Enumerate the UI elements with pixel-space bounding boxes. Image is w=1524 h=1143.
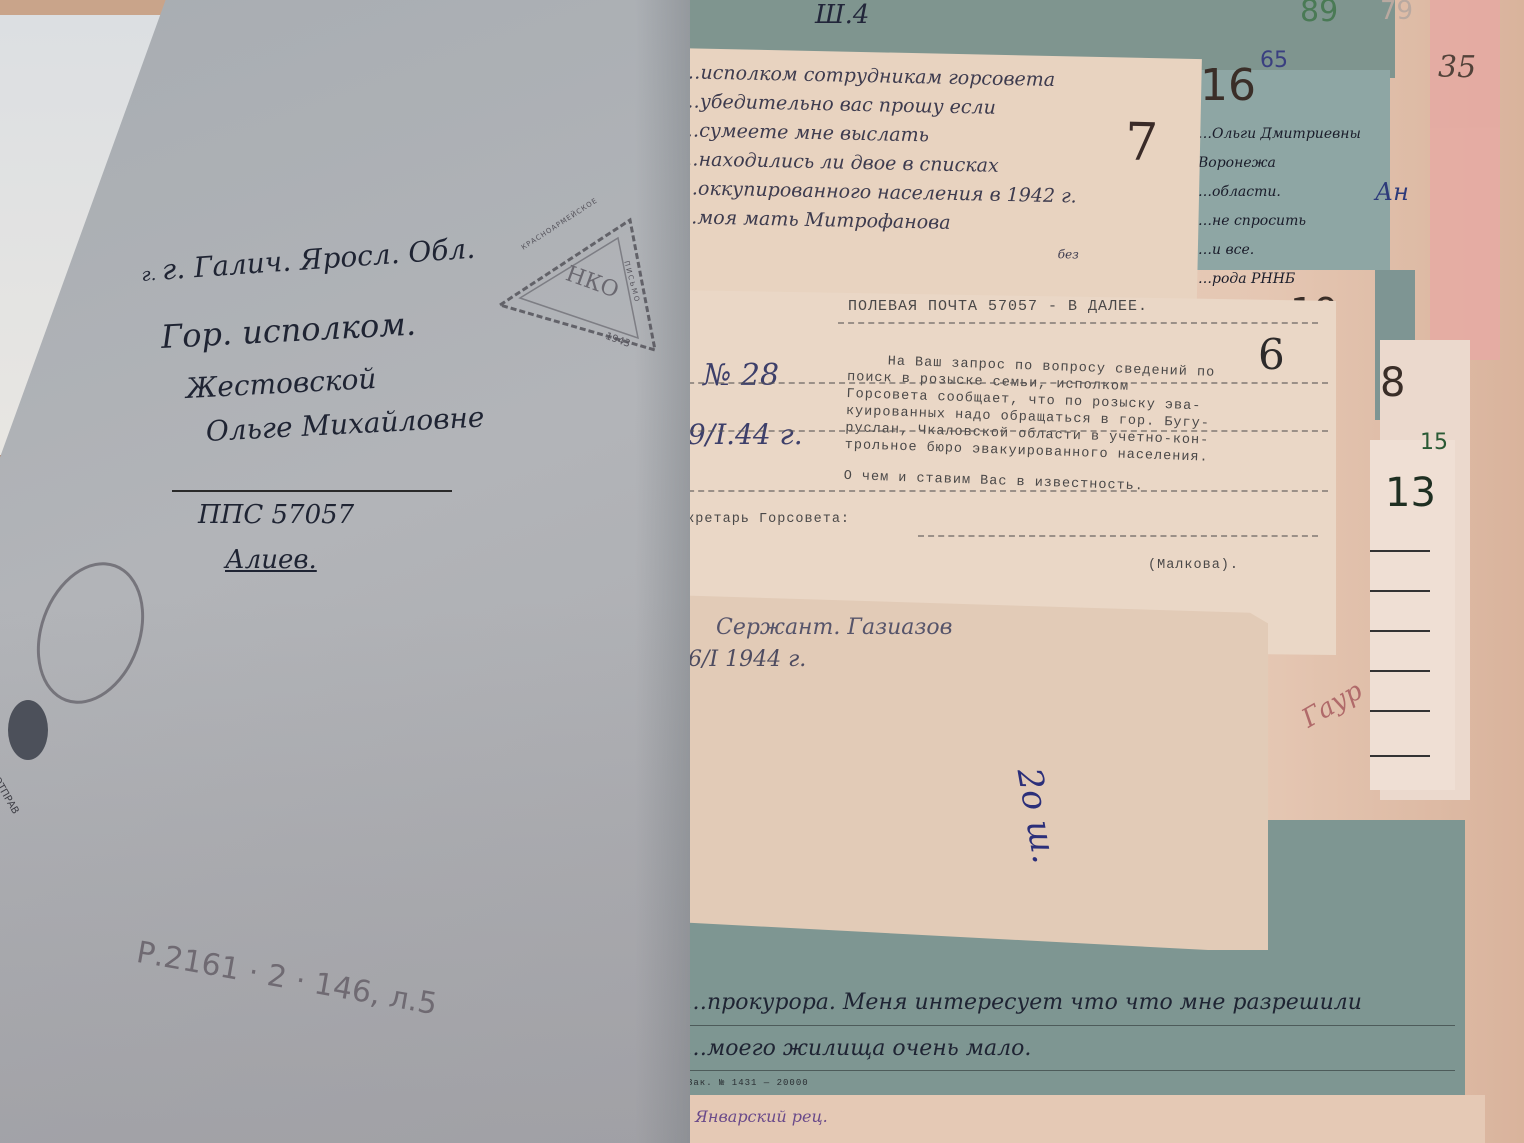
page-number-89: 89 <box>1300 0 1338 29</box>
handwritten-note-card: Сержант. Газиазов 6/I 1944 г. 2о ш. <box>668 595 1268 950</box>
page-number-13: 13 <box>1385 470 1436 516</box>
bottom-form-strip: Январский рец. <box>685 1095 1485 1143</box>
sender-rank-name: Сержант. Газиазов <box>716 615 952 640</box>
certificate-header: ПОЛЕВАЯ ПОЧТА 57057 - В ДАЛЕЕ. <box>848 298 1148 315</box>
address-block: г.г. Галич. Яросл. Обл. <box>140 232 476 288</box>
letter-text: …исполком сотрудникам горсовета …убедите… <box>678 58 1083 269</box>
signature-label: Секретарь Горсовета: <box>668 512 850 527</box>
blue-letter-bottom-text: …прокурора. Меня интересует что что мне … <box>685 980 1362 1072</box>
sender-name: Алиев. <box>225 545 317 575</box>
page-number-35: 35 <box>1438 50 1476 85</box>
handwritten-letter-card: 7 …исполком сотрудникам горсовета …убеди… <box>667 48 1202 309</box>
page-number-6: 6 <box>1258 330 1285 379</box>
page-number-16: 16 <box>1200 60 1256 111</box>
registry-number: № 28 <box>703 358 779 393</box>
page-number-8: 8 <box>1380 360 1405 406</box>
page-number-15: 15 <box>1420 430 1448 455</box>
page-number-79: 79 <box>1380 0 1413 26</box>
pink-paper-strip: 35 <box>1430 0 1500 360</box>
address-divider <box>172 490 452 492</box>
ink-annotation: 2о ш. <box>1009 765 1065 866</box>
sender-field-post-number: ППС 57057 <box>198 500 354 530</box>
triangle-letter-envelope: г.г. Галич. Яросл. Обл. Гор. исполком. Ж… <box>0 0 690 1143</box>
certificate-body: На Ваш запрос по вопросу сведений по пои… <box>843 352 1215 498</box>
print-run-footer: Зак. № 1431 — 20000 <box>687 1078 809 1088</box>
blue-letter-top-right: 16 65 …Ольги Дмитриевны Воронежа …област… <box>1190 70 1390 270</box>
page-number-7: 7 <box>1124 113 1158 174</box>
margin-note-an: Ан <box>1375 178 1409 206</box>
ink-stamp-blot <box>8 700 48 760</box>
note-date: 6/I 1944 г. <box>688 647 806 672</box>
blue-letter-text: …Ольги Дмитриевны Воронежа …области. …не… <box>1198 120 1361 294</box>
signature-name: (Малкова). <box>1148 558 1239 573</box>
